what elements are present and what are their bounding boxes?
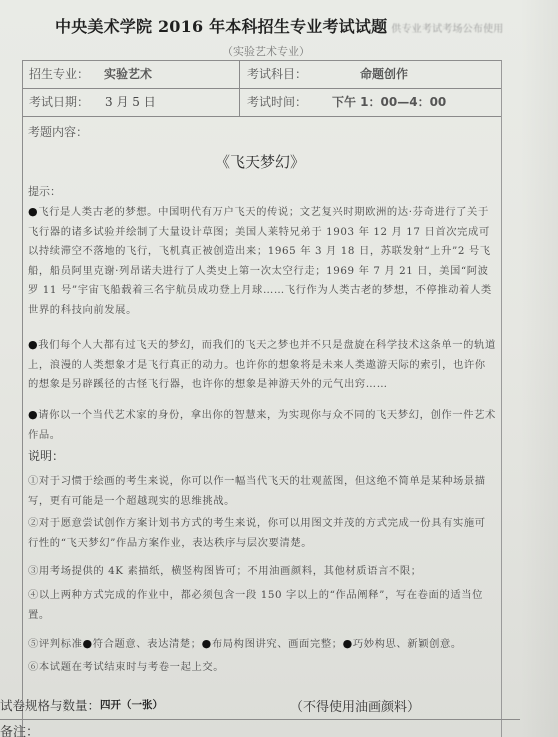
bullet-icon: ●: [83, 637, 93, 650]
hint-paragraph-3: ●请你以一个当代艺术家的身份，拿出你的智慧来，为实现你与众不同的飞天梦幻，创作一…: [28, 405, 496, 445]
bullet-icon: ●: [28, 338, 38, 351]
hint-label: 提示：: [28, 183, 61, 199]
info-row-date: 考试日期： 3 月 5 日 考试时间： 下午 1：00—4：00: [22, 88, 501, 117]
info-row-major: 招生专业： 实验艺术 考试科目： 命题创作: [22, 60, 501, 89]
date-label: 考试日期：: [29, 88, 89, 116]
subject-value: 命题创作: [360, 60, 408, 88]
bullet-icon: ●: [28, 408, 38, 421]
hint-paragraph-2: ●我们每个人大都有过飞天的梦幻，而我们的飞天之梦也并不只是盘旋在科学技术这条单一…: [28, 335, 496, 395]
time-value: 下午 1：00—4：00: [332, 88, 446, 116]
cell-divider: [239, 60, 240, 88]
bullet-icon: ●: [202, 637, 212, 650]
time-label: 考试时间：: [247, 88, 307, 116]
hint-paragraph-1: ●飞行是人类古老的梦想。中国明代有万户飞天的传说；文艺复兴时期欧洲的达·芬奇进行…: [28, 202, 496, 320]
content-label: 考题内容：: [28, 123, 88, 140]
title-note: 供专业考试考场公布使用: [391, 24, 503, 35]
spec-value: 四开（一张）: [100, 697, 163, 712]
work-title: 《飞天梦幻》: [0, 151, 520, 172]
divider-line: [0, 719, 520, 720]
remark-label: 备注：: [0, 721, 39, 737]
note-item-1: ①对于习惯于绘画的考生来说，你可以作一幅当代飞天的壮观蓝图，但这绝不简单是某种场…: [28, 472, 496, 511]
note-item-3: ③用考场提供的 4K 素描纸，横竖构图皆可；不用油画颜料，其他材质语言不限；: [28, 562, 496, 582]
note-item-2: ②对于愿意尝试创作方案计划书方式的考生来说，你可以用图文并茂的方式完成一份具有实…: [28, 514, 496, 553]
note-item-4: ④以上两种方式完成的作业中，都必须包含一段 150 字以上的“作品阐释”，写在卷…: [28, 586, 496, 625]
bullet-icon: ●: [28, 205, 38, 218]
note-item-5: ⑤评判标准●符合题意、表达清楚；●布局构图讲究、画面完整；●巧妙构思、新颖创意。: [28, 634, 496, 655]
cell-divider: [239, 88, 240, 116]
page-subtitle: （实验艺术专业）: [222, 43, 310, 59]
spec-note: （不得使用油画颜料）: [290, 696, 420, 715]
date-value: 3 月 5 日: [105, 88, 156, 116]
subject-label: 考试科目：: [247, 60, 307, 88]
page-shadow: [520, 0, 558, 737]
major-value: 实验艺术: [104, 60, 152, 88]
notes-label: 说明：: [28, 447, 64, 464]
page-title: 中央美术学院 2016 年本科招生专业考试试题供专业考试考场公布使用: [55, 14, 503, 37]
bullet-icon: ●: [343, 637, 353, 650]
title-text: 中央美术学院 2016 年本科招生专业考试试题: [55, 17, 387, 36]
note-item-6: ⑥本试题在考试结束时与考卷一起上交。: [28, 658, 496, 678]
spec-label: 试卷规格与数量：: [0, 696, 100, 714]
major-label: 招生专业：: [29, 60, 89, 88]
